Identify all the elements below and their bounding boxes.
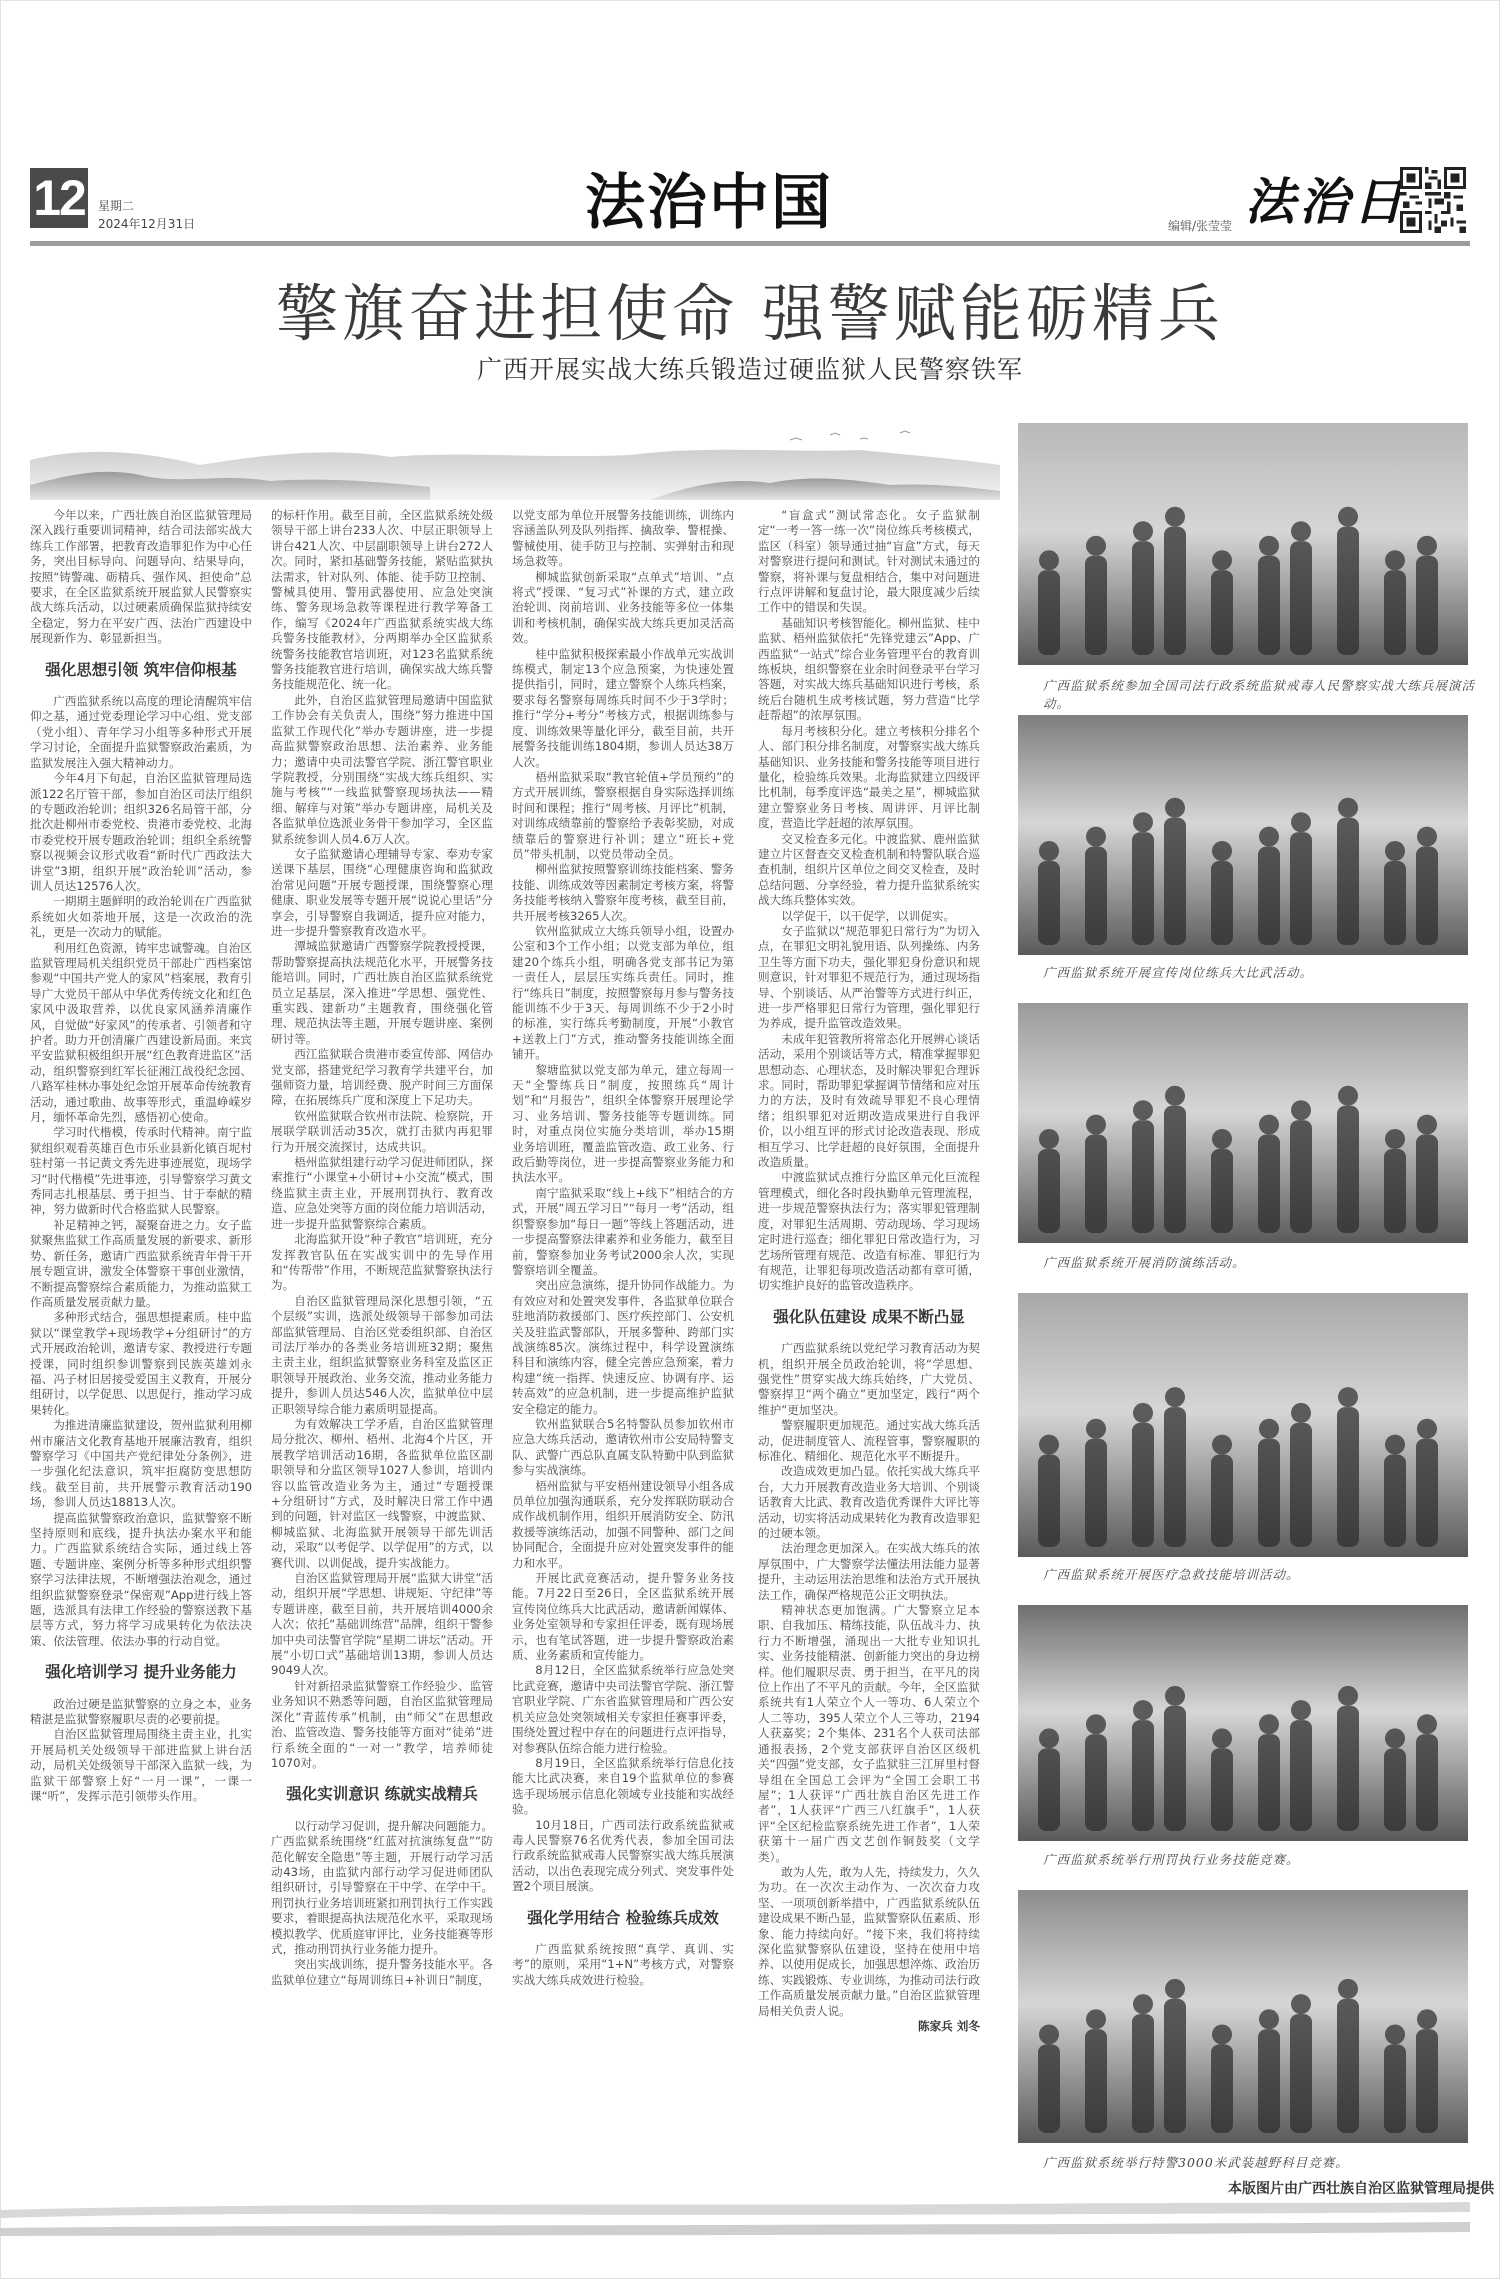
article-paragraph: 警察履职更加规范。通过实战大练兵活动，促进制度管人、流程管事，警察履职的标准化、… — [758, 1418, 980, 1464]
section-title: 法治中国 — [585, 168, 833, 238]
article-headline: 擎旗奋进担使命 强警赋能砺精兵 — [0, 276, 1500, 352]
bottom-ink-wave — [0, 2180, 1470, 2240]
article-paragraph: 女子监狱邀请心理辅导专家、奉劝专家送课下基层，围绕“心理健康咨询和监狱政治常见问… — [271, 847, 493, 939]
article-paragraph: “盲盒式”测试常态化。女子监狱制定“一考一答一练一次”岗位练兵考核模式，监区（科… — [758, 508, 980, 616]
article-paragraph: 自治区监狱管理局深化思想引领，“五个层级”实训，选派处级领导干部参加司法部监狱管… — [271, 1294, 493, 1417]
article-paragraph: 敢为人先，敢为人先，持续发力，久久为功。在一次次主动作为、一次次奋力攻坚、一项项… — [758, 1865, 980, 2019]
photo-caption: 广西监狱系统开展医疗急救技能培训活动。 — [1043, 1565, 1300, 1583]
article-paragraph: 广西监狱系统以高度的理论清醒筑牢信仰之基，通过党委理论学习中心组、党支部（党小组… — [30, 694, 252, 771]
article-paragraph: 改造成效更加凸显。依托实战大练兵平台，大力开展教育改造业务大培训、个别谈话教育大… — [758, 1464, 980, 1541]
article-paragraph: 以党支部为单位开展警务技能训练，训练内容涵盖队列及队列指挥、擒敌拳、警棍操、警械… — [512, 508, 734, 570]
article-paragraph: 钦州监狱联合5名特警队员参加钦州市应急大练兵活动，邀请钦州市公安局特警支队、武警… — [512, 1417, 734, 1479]
section-subheading: 强化学用结合 检验练兵成效 — [512, 1911, 734, 1926]
photo-publicity-competition — [1018, 715, 1468, 955]
article-paragraph: 柳城监狱创新采取“点单式”培训、“点将式”授课、“复习式”补课的方式，建立政治轮… — [512, 570, 734, 647]
header-divider — [30, 241, 1470, 246]
issue-date: 2024年12月31日 — [98, 215, 195, 232]
photo-caption: 广西监狱系统举行刑罚执行业务技能竞赛。 — [1043, 1850, 1300, 1868]
article-paragraph: 自治区监狱管理局开展“监狱大讲堂”活动，组织开展“学思想、讲规矩、守纪律”等专题… — [271, 1571, 493, 1679]
article-paragraph: 黎塘监狱以党支部为单元，建立每周一天“全警练兵日”制度，按照练兵“周计划”和“月… — [512, 1063, 734, 1186]
article-paragraph: 南宁监狱采取“线上+线下”相结合的方式，开展“周五学习日”“每月一考”活动，组织… — [512, 1186, 734, 1278]
article-subheadline: 广西开展实战大练兵锻造过硬监狱人民警察铁军 — [0, 350, 1500, 386]
article-paragraph: 学习时代楷模，传承时代精神。南宁监狱组织观看英雄百色市乐业县新化镇百坭村驻村第一… — [30, 1125, 252, 1217]
article-paragraph: 基础知识考核智能化。柳州监狱、桂中监狱、梧州监狱依托“先锋党建云”App、广西监… — [758, 616, 980, 724]
ink-landscape-banner — [30, 425, 1000, 500]
article-paragraph: 潭城监狱邀请广西警察学院教授授课，帮助警察提高执法规范化水平，开展警务技能培训。… — [271, 939, 493, 1047]
section-subheading: 强化实训意识 练就实战精兵 — [271, 1787, 493, 1802]
article-column-1: 今年以来，广西壮族自治区监狱管理局深入践行重要训词精神，结合司法部实战大练兵工作… — [30, 508, 252, 2195]
article-paragraph: 针对新招录监狱警察工作经验少、监管业务知识不熟悉等问题，自治区监狱管理局深化“青… — [271, 1679, 493, 1771]
article-paragraph: 广西监狱系统以党纪学习教育活动为契机，组织开展全员政治轮训，将“学思想、强党性”… — [758, 1341, 980, 1418]
article-paragraph: 精神状态更加饱满。广大警察立足本职、自我加压、精练技能，队伍战斗力、执行力不断增… — [758, 1603, 980, 1865]
article-paragraph: 此外，自治区监狱管理局邀请中国监狱工作协会有关负责人，围绕“努力推进中国监狱工作… — [271, 693, 493, 847]
article-paragraph: 以学促干，以干促学，以训促实。 — [758, 909, 980, 924]
section-subheading: 强化培训学习 提升业务能力 — [30, 1665, 252, 1680]
page-number-badge: 12 — [30, 168, 88, 228]
article-paragraph: 以行动学习促训，提升解决问题能力。广西监狱系统围绕“红蓝对抗演练复盘”“防范化解… — [271, 1819, 493, 1958]
article-paragraph: 的标杆作用。截至目前，全区监狱系统处级领导干部上讲台233人次、中层正职领导上讲… — [271, 508, 493, 693]
photo-fire-drill — [1018, 1003, 1468, 1243]
article-paragraph: 开展比武竞赛活动，提升警务业务技能。7月22日至26日，全区监狱系统开展宣传岗位… — [512, 1571, 734, 1663]
weekday: 星期二 — [98, 197, 134, 214]
section-subheading: 强化思想引领 筑牢信仰根基 — [30, 663, 252, 678]
photo-cross-country — [1018, 1890, 1468, 2143]
article-column-3: 以党支部为单位开展警务技能训练，训练内容涵盖队列及队列指挥、擒敌拳、警棍操、警械… — [512, 508, 734, 2195]
article-paragraph: 女子监狱以“规范罪犯日常行为”为切入点，在罪犯文明礼貌用语、队列操练、内务卫生等… — [758, 924, 980, 1032]
article-paragraph: 自治区监狱管理局围绕主责主业，扎实开展局机关处级领导干部进监狱上讲台活动，局机关… — [30, 1727, 252, 1804]
article-paragraph: 梧州监狱与平安梧州建设领导小组各成员单位加强沟通联系，充分发挥联防联动合成作战机… — [512, 1479, 734, 1571]
article-paragraph: 利用红色资源，铸牢忠诚警魂。自治区监狱管理局机关组织党员干部赴广西档案馆参观“中… — [30, 941, 252, 1126]
article-paragraph: 提高监狱警察政治意识，监狱警察不断坚持原则和底线，提升执法办案水平和能力。广西监… — [30, 1511, 252, 1650]
article-paragraph: 补足精神之钙，凝聚奋进之力。女子监狱聚焦监狱工作高质量发展的新要求、新形势、新任… — [30, 1218, 252, 1310]
article-byline: 陈家兵 刘冬 — [758, 2019, 980, 2034]
editor-credit: 编辑/张莹莹 — [1168, 217, 1232, 234]
photo-first-aid — [1018, 1293, 1468, 1557]
photo-caption: 广西监狱系统开展消防演练活动。 — [1043, 1253, 1246, 1271]
article-paragraph: 法治理念更加深入。在实战大练兵的浓厚氛围中，广大警察学法懂法用法能力显著提升，主… — [758, 1541, 980, 1603]
article-paragraph: 北海监狱开设“种子教官”培训班，充分发挥教官队伍在实战实训中的先导作用和“传帮带… — [271, 1232, 493, 1294]
article-paragraph: 多种形式结合，强思想提素质。桂中监狱以“课堂教学+现场教学+分组研讨”的方式开展… — [30, 1310, 252, 1418]
article-paragraph: 8月19日，全区监狱系统举行信息化技能大比武决赛，来自19个监狱单位的参赛选手现… — [512, 1756, 734, 1818]
article-paragraph: 梧州监狱采取“教官轮值+学员预约”的方式开展训练，警察根据自身实际选择训练时间和… — [512, 770, 734, 862]
article-paragraph: 突出应急演练，提升协同作战能力。为有效应对和处置突发事件，各监狱单位联合驻地消防… — [512, 1278, 734, 1417]
article-paragraph: 交叉检查多元化。中渡监狱、鹿州监狱建立片区督查交叉检查机制和特警队联合巡查机制，… — [758, 832, 980, 909]
section-subheading: 强化队伍建设 成果不断凸显 — [758, 1310, 980, 1325]
article-paragraph: 中渡监狱试点推行分监区单元化巨流程管理模式，细化各时段执勤单元管理流程，进一步规… — [758, 1170, 980, 1293]
article-paragraph: 突出实战训练，提升警务技能水平。各监狱单位建立“每周训练日+补训日”制度， — [271, 1957, 493, 1988]
article-paragraph: 钦州监狱联合钦州市法院、检察院，开展联学联训活动35次，就打击狱内再犯罪行为开展… — [271, 1109, 493, 1155]
photo-skills-contest — [1018, 1605, 1468, 1841]
article-paragraph: 为有效解决工学矛盾，自治区监狱管理局分批次、柳州、梧州、北海4个片区，开展教学培… — [271, 1417, 493, 1571]
article-paragraph: 西江监狱联合贵港市委宣传部、网信办党支部，搭建党纪学习教育学共建平台，加强师资力… — [271, 1047, 493, 1109]
article-paragraph: 未成年犯管教所将常态化开展辨心谈话活动，采用个别谈话等方式，精准掌握罪犯思想动态… — [758, 1032, 980, 1171]
article-paragraph: 一期期主题鲜明的政治轮训在广西监狱系统如火如荼地开展，这是一次政治的洗礼，更是一… — [30, 894, 252, 940]
photo-caption: 广西监狱系统参加全国司法行政系统监狱戒毒人民警察实战大练兵展演活动。 — [1043, 676, 1500, 712]
article-paragraph: 今年4月下旬起，自治区监狱管理局选派122名厅管干部，参加自治区司法厅组织的专题… — [30, 771, 252, 894]
article-paragraph: 今年以来，广西壮族自治区监狱管理局深入践行重要训词精神，结合司法部实战大练兵工作… — [30, 508, 252, 647]
article-paragraph: 政治过硬是监狱警察的立身之本，业务精湛是监狱警察履职尽责的必要前提。 — [30, 1697, 252, 1728]
article-paragraph: 每月考核积分化。建立考核积分排名个人、部门积分排名制度，对警察实战大练兵基础知识… — [758, 724, 980, 832]
article-paragraph: 桂中监狱积极探索最小作战单元实战训练模式，制定13个应急预案，为快速处置提供指引… — [512, 647, 734, 770]
article-paragraph: 8月12日，全区监狱系统举行应急处突比武竞赛，邀请中央司法警官学院、浙江警官职业… — [512, 1663, 734, 1755]
article-column-2: 的标杆作用。截至目前，全区监狱系统处级领导干部上讲台233人次、中层正职领导上讲… — [271, 508, 493, 2195]
photo-caption: 广西监狱系统举行特警3000米武装越野科目竞赛。 — [1043, 2153, 1349, 2171]
article-paragraph: 柳州监狱按照警察训练技能档案、警务技能、训练成效等因素制定考核方案，将警务技能考… — [512, 862, 734, 924]
qr-code-icon[interactable] — [1400, 167, 1466, 233]
article-paragraph: 梧州监狱组建行动学习促进师团队，探索推行“小课堂+小研讨+小交流”模式，围绕监狱… — [271, 1155, 493, 1232]
photo-caption: 广西监狱系统开展宣传岗位练兵大比武活动。 — [1043, 963, 1313, 981]
article-paragraph: 钦州监狱成立大练兵领导小组，设置办公室和3个工作小组；以党支部为单位，组建20个… — [512, 924, 734, 1063]
article-paragraph: 广西监狱系统按照“真学、真训、实考”的原则，采用“1+N”考核方式，对警察实战大… — [512, 1942, 734, 1988]
article-paragraph: 10月18日，广西司法行政系统监狱戒毒人民警察76名优秀代表，参加全国司法行政系… — [512, 1818, 734, 1895]
article-column-4: “盲盒式”测试常态化。女子监狱制定“一考一答一练一次”岗位练兵考核模式，监区（科… — [758, 508, 980, 2195]
article-paragraph: 为推进清廉监狱建设，贺州监狱利用柳州市廉洁文化教育基地开展廉洁教育，组织警察学习… — [30, 1418, 252, 1510]
photo-march-parade — [1018, 423, 1468, 665]
